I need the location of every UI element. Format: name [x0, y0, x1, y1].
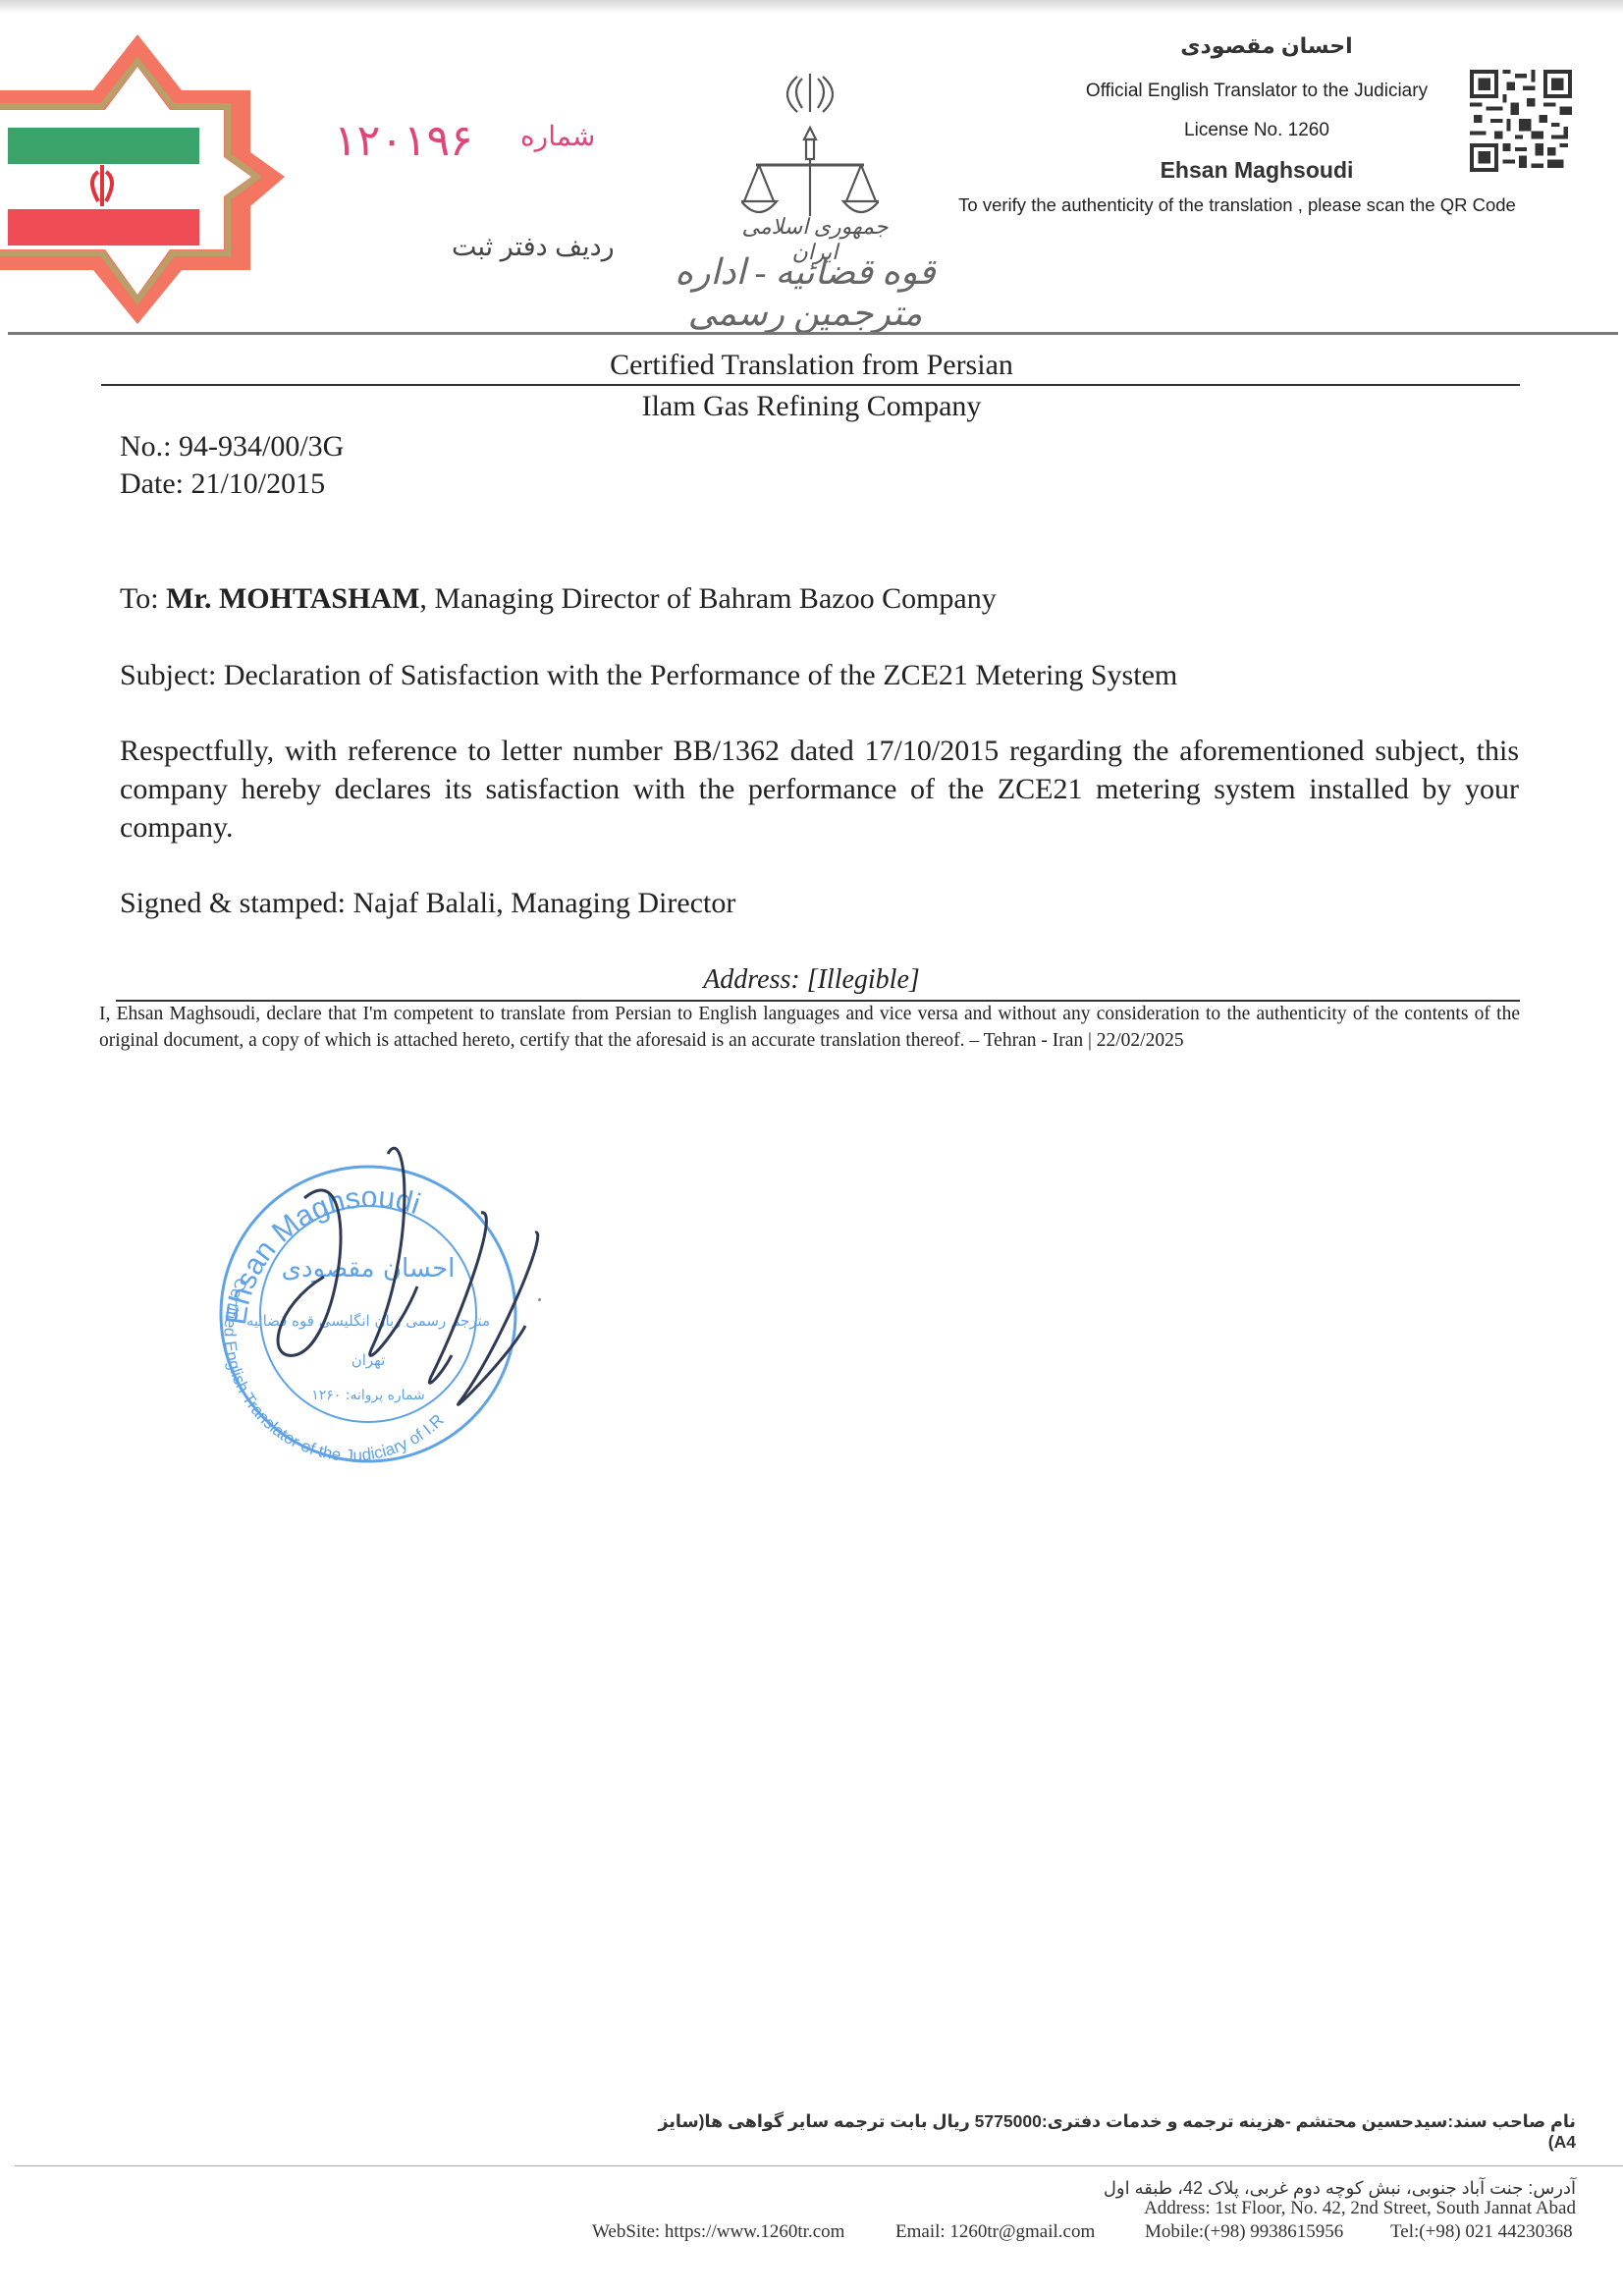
svg-text:تهران: تهران	[352, 1351, 386, 1369]
registration-number-label: شماره	[520, 120, 595, 153]
office-address-fa: آدرس: جنت آباد جنوبی، نبش کوچه دوم غربی،…	[884, 2178, 1576, 2199]
company-name: Ilam Gas Refining Company	[0, 390, 1623, 423]
header-divider	[8, 332, 1618, 335]
mobile-number: Mobile:(+98) 9938615956	[1145, 2221, 1343, 2243]
verify-note: To verify the authenticity of the transl…	[913, 194, 1561, 216]
recipient-name: Mr. MOHTASHAM	[166, 582, 419, 615]
letter-number: No.: 94-934/00/3G	[120, 430, 344, 464]
footer-divider	[15, 2165, 1623, 2166]
body-paragraph: Respectfully, with reference to letter n…	[120, 732, 1519, 847]
recipient-title: , Managing Director of Bahram Bazoo Comp…	[419, 582, 996, 615]
tel-number: Tel:(+98) 021 44230368	[1390, 2221, 1573, 2243]
letter-date: Date: 21/10/2015	[120, 467, 325, 501]
website-link[interactable]: WebSite: https://www.1260tr.com	[592, 2221, 844, 2243]
address-line: Address: [Illegible]	[0, 964, 1623, 996]
translator-declaration: I, Ehsan Maghsoudi, declare that I'm com…	[99, 1001, 1520, 1054]
title-divider	[101, 384, 1520, 386]
recipient-line: To: Mr. MOHTASHAM, Managing Director of …	[120, 579, 1519, 618]
emblem-caption-office: قوه قضائیه - اداره مترجمین رسمی	[628, 251, 982, 334]
translator-name-fa: احسان مقصودی	[1119, 33, 1414, 59]
stray-mark	[538, 1298, 541, 1301]
signature-line: Signed & stamped: Najaf Balali, Managing…	[120, 884, 1519, 922]
judiciary-flag-seal-icon	[0, 29, 295, 324]
registration-number: ۱۲۰۱۹۶	[334, 116, 473, 166]
judiciary-scales-emblem-icon	[741, 69, 879, 236]
subject-line: Subject: Declaration of Satisfaction wit…	[120, 656, 1519, 694]
translator-stamp-icon: Ehsan Maghsoudi Certified English Transl…	[187, 1129, 560, 1483]
email-link[interactable]: Email: 1260tr@gmail.com	[895, 2221, 1095, 2243]
translator-name-en: Ehsan Maghsoudi	[1041, 157, 1473, 184]
document-owner-fee-line: نام صاحب سند:سیدحسین محتشم -هزینه ترجمه …	[628, 2111, 1576, 2153]
recipient-prefix: To:	[120, 582, 166, 615]
office-address-en: Address: 1st Floor, No. 42, 2nd Street, …	[982, 2198, 1576, 2219]
scan-shadow	[0, 0, 1623, 14]
register-row-label: ردیف دفتر ثبت	[452, 232, 615, 262]
svg-text:احسان مقصودی: احسان مقصودی	[282, 1254, 456, 1284]
certified-translation-title: Certified Translation from Persian	[0, 349, 1623, 382]
translator-license: License No. 1260	[1041, 120, 1473, 141]
svg-text:شماره پروانه: ۱۲۶۰: شماره پروانه: ۱۲۶۰	[311, 1388, 425, 1403]
qr-code-icon[interactable]	[1468, 70, 1574, 172]
translator-title: Official English Translator to the Judic…	[1041, 81, 1473, 102]
